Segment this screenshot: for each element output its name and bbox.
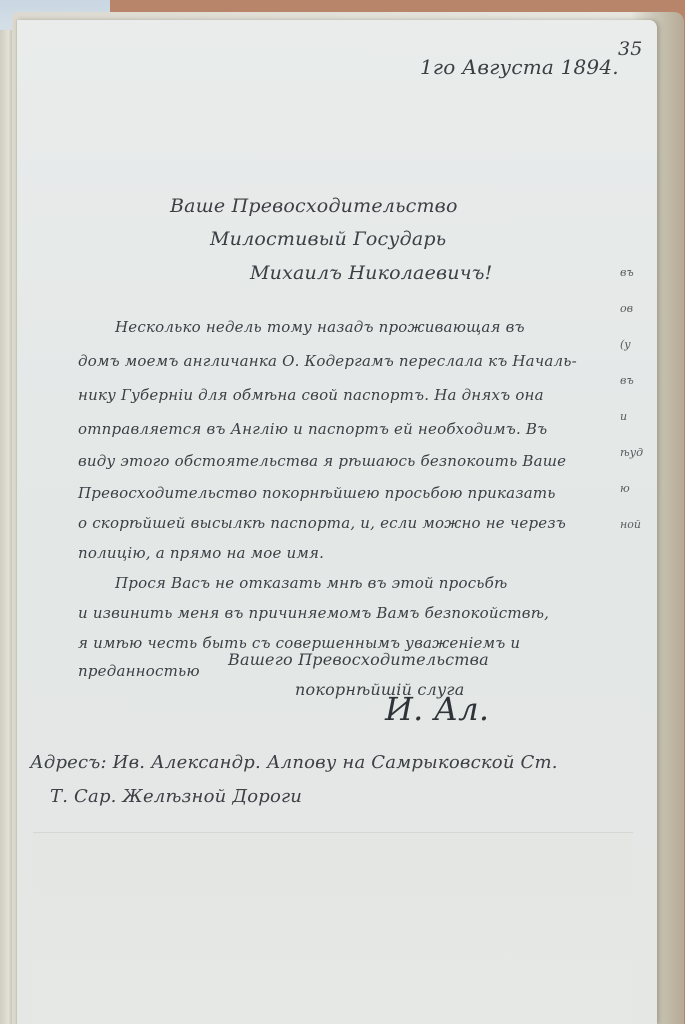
body-line: преданностью	[78, 662, 200, 680]
body-line: Прося Васъ не отказать мнѣ въ этой прось…	[115, 574, 507, 592]
body-line: нику Губерніи для обмѣна свой паспортъ. …	[78, 386, 544, 404]
adjacent-page-fragments: въ ов (у въ и ѣуд ю ной	[620, 255, 680, 543]
body-line: и извинить меня въ причиняемомъ Вамъ без…	[78, 604, 549, 622]
folio-number: 35	[618, 38, 643, 60]
salutation-line-1: Ваше Превосходительство	[170, 195, 458, 217]
fragment: (у	[620, 327, 680, 363]
salutation-line-3: Михаилъ Николаевичъ!	[250, 262, 492, 284]
fragment: ю	[620, 471, 680, 507]
fragment: въ	[620, 255, 680, 291]
body-line: домъ моемъ англичанка О. Кодергамъ перес…	[78, 352, 577, 370]
signature: И. Ал.	[385, 690, 489, 728]
page-lower-fold	[33, 832, 633, 1024]
fragment: ов	[620, 291, 680, 327]
address-line-1: Адресъ: Ив. Александр. Алпову на Самрыко…	[30, 752, 558, 773]
fragment: въ	[620, 363, 680, 399]
closing-line-1: Вашего Превосходительства	[228, 650, 489, 669]
fragment: ѣуд	[620, 435, 680, 471]
body-line: о скорѣйшей высылкѣ паспорта, и, если мо…	[78, 514, 566, 532]
body-line: Несколько недель тому назадъ проживающая…	[115, 318, 525, 336]
body-line: виду этого обстоятельства я рѣшаюсь безп…	[78, 452, 566, 470]
body-line: Превосходительство покорнѣйшею просьбою …	[78, 484, 556, 502]
address-line-2: Т. Сар. Желѣзной Дороги	[50, 786, 302, 807]
fragment: ной	[620, 507, 680, 543]
salutation-line-2: Милостивый Государь	[210, 228, 446, 250]
body-line: полицію, а прямо на мое имя.	[78, 544, 324, 562]
body-line: отправляется въ Англію и паспортъ ей нео…	[78, 420, 547, 438]
letter-date: 1го Августа 1894.	[420, 55, 619, 79]
fragment: и	[620, 399, 680, 435]
